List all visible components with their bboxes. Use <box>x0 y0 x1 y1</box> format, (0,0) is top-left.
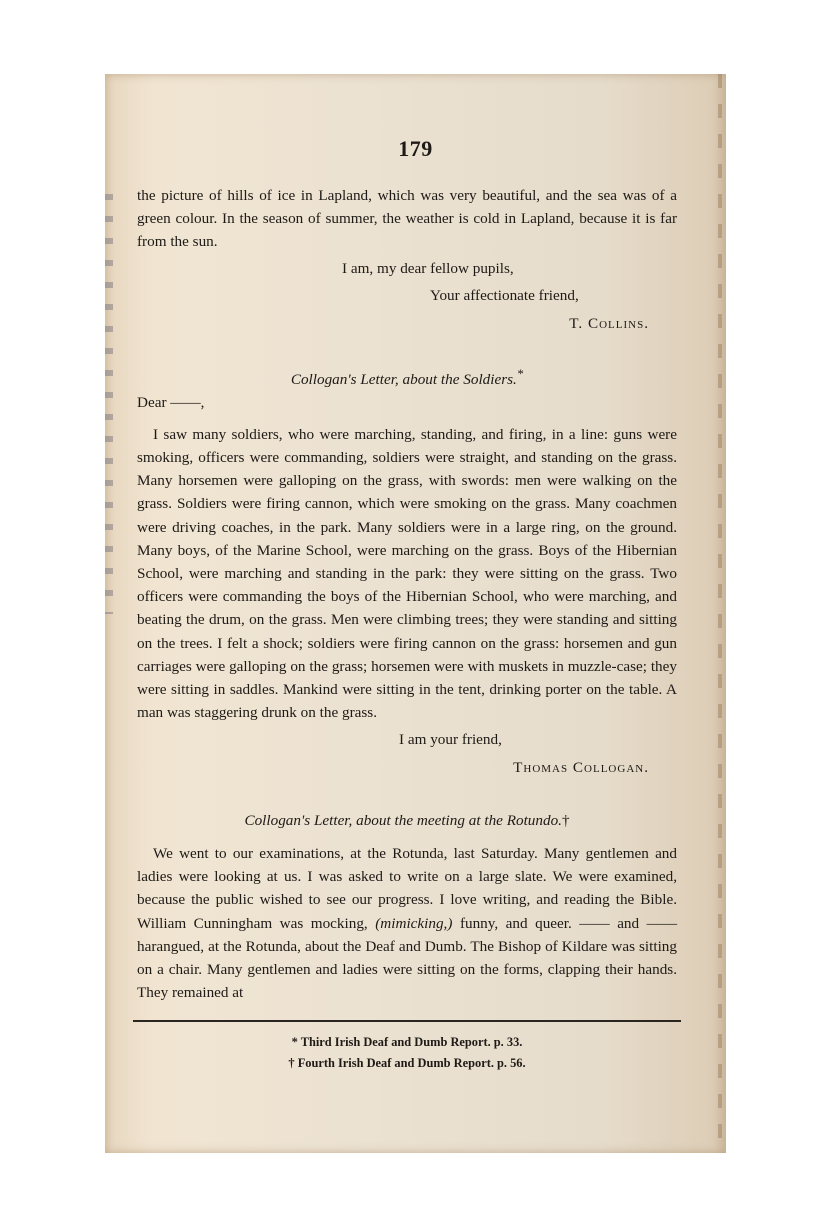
letter2-paragraph: I saw many soldiers, who were marching, … <box>137 423 677 725</box>
letter2-closing: I am your friend, <box>137 728 677 751</box>
footnote-mark-asterisk: * <box>517 367 523 381</box>
letter2-heading-name: Collogan's <box>291 371 357 388</box>
letter2-salutation: Dear ——, <box>137 391 677 414</box>
page-number: 179 <box>105 136 726 162</box>
footnote-mark-dagger: † <box>562 812 570 829</box>
footnote-2-mark: † <box>288 1056 294 1070</box>
letter3-heading-name: Collogan's <box>244 812 310 829</box>
letter1-closing-1: I am, my dear fellow pupils, <box>137 257 677 280</box>
letter3-heading-title: Letter, about the meeting at the Rotundo… <box>314 812 562 829</box>
footnote-1: * Third Irish Deaf and Dumb Report. p. 3… <box>137 1032 677 1053</box>
footnote-2-text: Fourth Irish Deaf and Dumb Report. p. 56… <box>298 1056 526 1070</box>
letter2-heading: Collogan's Letter, about the Soldiers.* <box>137 363 677 391</box>
letter2-heading-title: Letter, about the Soldiers. <box>360 371 517 388</box>
footnote-1-mark: * <box>292 1035 298 1049</box>
letter2-signature: Thomas Collogan. <box>137 756 677 779</box>
letter3-heading: Collogan's Letter, about the meeting at … <box>137 809 677 832</box>
letter1-paragraph: the picture of hills of ice in Lapland, … <box>137 184 677 254</box>
footnote-divider <box>133 1020 681 1022</box>
letter1-signature: T. Collins. <box>137 312 677 335</box>
book-page: 179 the picture of hills of ice in Lapla… <box>105 74 726 1153</box>
gutter-bleedthrough-marks <box>105 194 113 614</box>
footnote-2: † Fourth Irish Deaf and Dumb Report. p. … <box>137 1053 677 1074</box>
page-edge-wear <box>718 74 722 1153</box>
footnotes: * Third Irish Deaf and Dumb Report. p. 3… <box>137 1032 677 1074</box>
letter3-paragraph: We went to our examinations, at the Rotu… <box>137 842 677 1004</box>
letter1-closing-2: Your affectionate friend, <box>137 284 677 307</box>
footnote-1-text: Third Irish Deaf and Dumb Report. p. 33. <box>301 1035 523 1049</box>
page-body: the picture of hills of ice in Lapland, … <box>137 184 677 1074</box>
letter3-paragraph-italic: (mimicking,) <box>375 915 452 932</box>
